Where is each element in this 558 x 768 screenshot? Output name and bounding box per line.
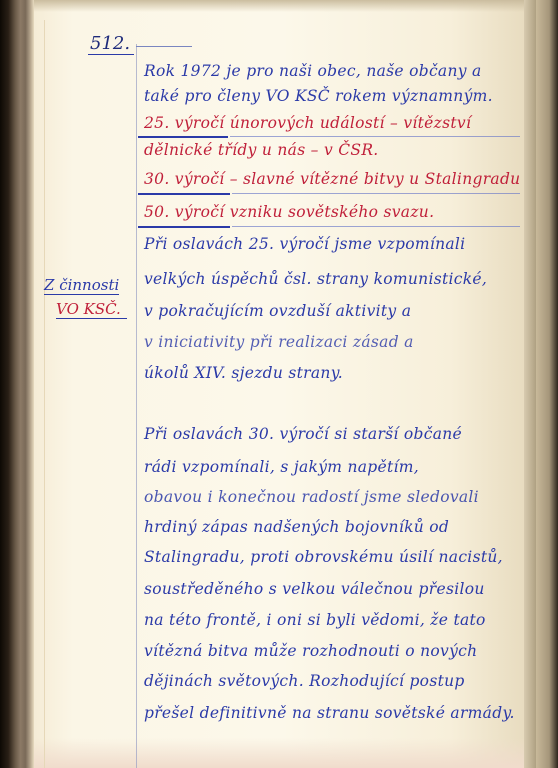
text-line-19: vítězná bitva může rozhodnouti o nových bbox=[144, 642, 477, 660]
text-line-13: rádi vzpomínali, s jakým napětím, bbox=[144, 458, 419, 476]
text-line-16: Stalingradu, proti obrovskému úsilí naci… bbox=[144, 548, 503, 566]
text-line-8: velkých úspěchů čsl. strany komunistické… bbox=[144, 270, 487, 288]
page-number: 512. bbox=[88, 34, 134, 55]
ruled-line bbox=[232, 226, 520, 227]
text-line-1: Rok 1972 je pro naši obec, naše občany a bbox=[144, 62, 482, 80]
text-line-21: přešel definitivně na stranu sovětské ar… bbox=[144, 704, 515, 722]
page-bottom-shadow bbox=[34, 738, 524, 768]
text-line-2: také pro členy VO KSČ rokem významným. bbox=[144, 87, 493, 105]
book-binding-edge bbox=[0, 0, 34, 768]
ruled-line bbox=[232, 193, 520, 194]
text-line-5: 30. výročí – slavné vítězné bitvy u Stal… bbox=[144, 170, 520, 188]
next-page-edge bbox=[536, 0, 558, 768]
page-left-rule bbox=[44, 20, 45, 768]
text-line-11: úkolů XIV. sjezdu strany. bbox=[144, 364, 343, 382]
ruled-line bbox=[230, 136, 520, 137]
text-line-15: hrdiný zápas nadšených bojovníků od bbox=[144, 518, 449, 536]
underline-50 bbox=[138, 226, 230, 228]
text-line-10: v iniciativity při realizaci zásad a bbox=[144, 333, 414, 351]
text-line-20: dějinách světových. Rozhodující postup bbox=[144, 672, 465, 690]
text-line-17: soustředěného s velkou válečnou přesilou bbox=[144, 580, 485, 598]
text-line-9: v pokračujícím ovzduší aktivity a bbox=[144, 302, 411, 320]
text-line-4: dělnické třídy u nás – v ČSR. bbox=[144, 141, 379, 159]
text-line-14: obavou i konečnou radostí jsme sledovali bbox=[144, 488, 479, 506]
page-top-shadow bbox=[34, 0, 524, 12]
header-rule bbox=[136, 46, 192, 47]
margin-note-party: VO KSČ. bbox=[56, 300, 127, 319]
underline-25 bbox=[138, 136, 228, 138]
margin-note-activity: Z činnosti bbox=[44, 276, 119, 295]
underline-30 bbox=[138, 193, 230, 195]
text-line-18: na této frontě, i oni si byli vědomi, že… bbox=[144, 611, 486, 629]
text-line-7: Při oslavách 25. výročí jsme vzpomínali bbox=[144, 235, 465, 253]
text-line-12: Při oslavách 30. výročí si starší občané bbox=[144, 425, 462, 443]
text-line-3: 25. výročí únorových událostí – vítězstv… bbox=[144, 114, 471, 132]
text-line-6: 50. výročí vzniku sovětského svazu. bbox=[144, 203, 434, 221]
margin-rule bbox=[136, 44, 137, 768]
